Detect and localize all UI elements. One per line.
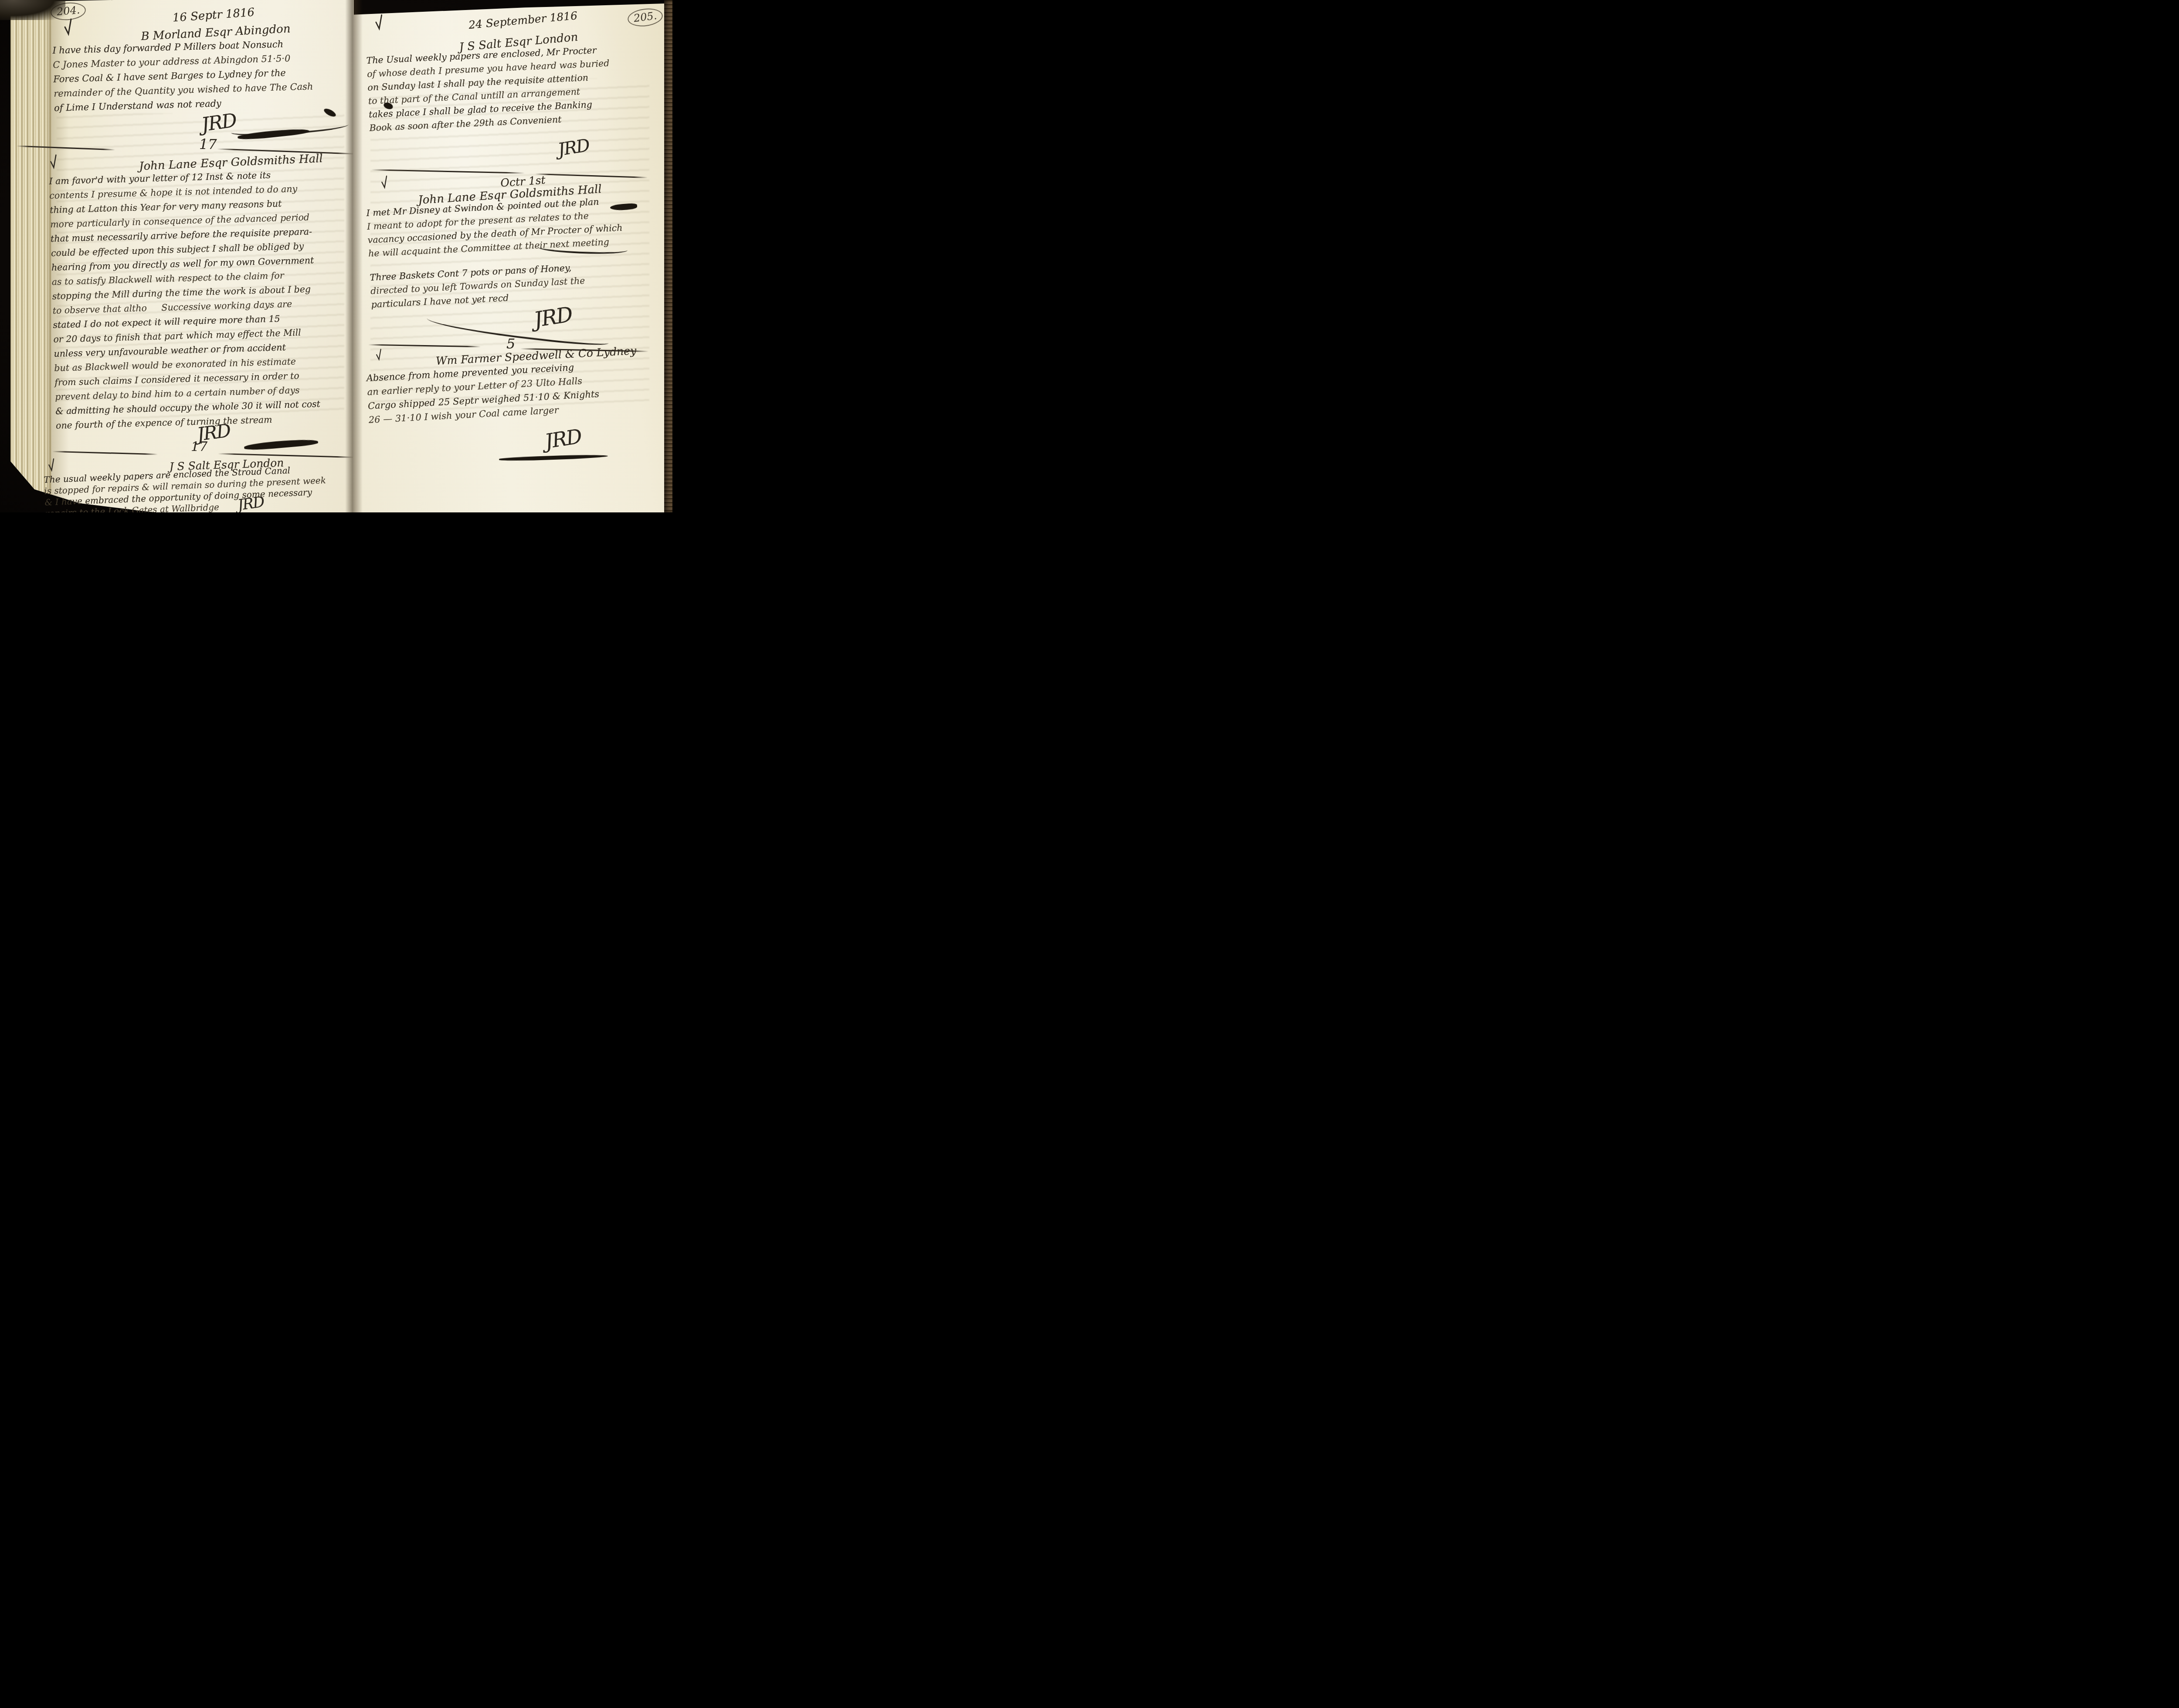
page-stack-edge — [10, 0, 51, 512]
divider-number: 17 — [199, 136, 217, 152]
letter-body: I have this day forwarded P Millers boat… — [52, 35, 359, 115]
check-mark-icon — [64, 17, 75, 37]
binding-corner — [0, 0, 65, 20]
letter-body: The Usual weekly papers are enclosed, Mr… — [366, 41, 660, 135]
signature-initials: JRD — [237, 493, 265, 512]
check-mark-icon — [375, 13, 385, 31]
book-gutter — [345, 0, 363, 512]
check-mark-icon — [376, 348, 384, 362]
divider-number: 17 — [191, 439, 207, 454]
letterbook-photo: 204. 16 Septr 1816 B Morland Esqr Abingd… — [0, 0, 672, 512]
check-mark-icon — [50, 153, 59, 170]
book-edge — [664, 0, 672, 512]
check-mark-icon — [381, 174, 390, 190]
divider-number: 5 — [506, 335, 515, 352]
letter-body: I am favor'd with your letter of 12 Inst… — [49, 166, 364, 433]
check-mark-icon — [48, 457, 57, 472]
